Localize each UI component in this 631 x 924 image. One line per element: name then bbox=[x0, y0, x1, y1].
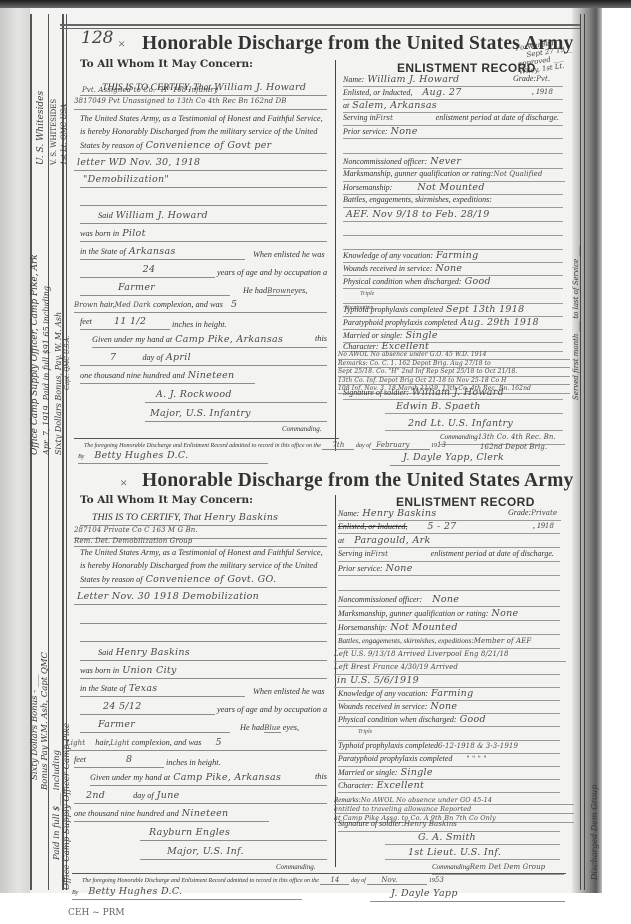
recorded-year: 13 bbox=[437, 441, 446, 449]
horsemanship-label: Horsemanship: bbox=[343, 183, 392, 192]
marksmanship-value: None bbox=[491, 608, 518, 619]
birth-state: Arkansas bbox=[129, 246, 176, 257]
enl-at-line: atParagould, Ark bbox=[338, 535, 560, 548]
enl-at-line: atSalem, Arkansas bbox=[343, 100, 563, 113]
enl-battles-label-line: Battles, engagements, skirmishes, expedi… bbox=[338, 636, 560, 649]
enl-grade: Private bbox=[531, 509, 557, 517]
top-rule bbox=[60, 28, 580, 29]
wounds-value: None bbox=[430, 701, 457, 712]
right-binding-edge bbox=[572, 8, 602, 893]
state-line: in the State ofArkansas bbox=[80, 246, 245, 260]
soldier-name: Henry Baskins bbox=[204, 512, 278, 523]
serving-label: Serving in bbox=[343, 113, 376, 122]
footer-text: The foregoing Honorable Discharge and En… bbox=[84, 443, 321, 449]
character-label: Character: bbox=[343, 342, 379, 351]
said-label: Said bbox=[98, 648, 113, 657]
height-inches: 8 bbox=[126, 754, 132, 765]
remarks-line: Sept 25/18. Co. "H" 2nd Inf Rep Sept 25/… bbox=[338, 368, 570, 377]
year-line: one thousand nine hundred andNineteen bbox=[74, 808, 269, 822]
occupation-line: Farmer bbox=[80, 719, 230, 733]
marksmanship-value: Not Qualified bbox=[493, 170, 542, 178]
enlisted-label: Enlisted, or Inducted, bbox=[343, 88, 412, 97]
signature-label: Signature of soldier: bbox=[338, 819, 404, 828]
enl-serving-line: Serving inFirstenlistment period at date… bbox=[343, 113, 563, 126]
top-rule bbox=[60, 24, 580, 26]
by-label: By bbox=[72, 890, 78, 896]
enl-grade-line: Grade:Pvt. bbox=[513, 74, 563, 87]
blank-line bbox=[338, 578, 560, 591]
recorded-month: Nov. bbox=[367, 876, 427, 885]
record-number: 128 bbox=[81, 28, 113, 48]
horsemanship-value: Not Mounted bbox=[417, 182, 484, 193]
reason-line: States by reason ofConvenience of Govt. … bbox=[80, 574, 327, 588]
check-mark: × bbox=[118, 36, 125, 52]
height-inches: 11 1/2 bbox=[114, 316, 146, 327]
birthplace-line: was born inPilot bbox=[80, 228, 327, 242]
commander-title: Major, U.S. Infantry bbox=[150, 408, 251, 419]
occupation: Farmer bbox=[118, 282, 155, 293]
reason-label: States by reason of bbox=[80, 575, 143, 584]
soldier-signature: William J. Howard bbox=[412, 387, 504, 398]
inches-label: inches in height. bbox=[166, 758, 221, 767]
paratyphoid-note: Vaccination bbox=[345, 305, 373, 311]
prior-label: Prior service: bbox=[343, 127, 388, 136]
enl-physical-line: Physical condition when discharged:Good bbox=[338, 714, 560, 727]
complexion: Light bbox=[110, 739, 129, 747]
age: 24 bbox=[143, 264, 156, 275]
enl-typhoid-line: Typhoid prophylaxis completedSept 13th 1… bbox=[343, 304, 563, 317]
paratyphoid-value: Aug. 29th 1918 bbox=[460, 317, 539, 328]
reason-line: States by reason ofConvenience of Govt p… bbox=[80, 140, 327, 154]
enlistment-record-heading: ENLISTMENT RECORD bbox=[397, 61, 536, 75]
complexion: Med Dark bbox=[115, 301, 151, 309]
signature-label: Signature of soldier: bbox=[343, 388, 409, 397]
enl-battles-line: AEF. Nov 9/18 to Feb. 28/19 bbox=[343, 209, 563, 222]
enl-knowledge-line: Knowledge of any vocation:Farming bbox=[338, 688, 560, 701]
blank-line bbox=[343, 223, 563, 236]
clerk-signature: J. Dayle Yapp bbox=[391, 888, 458, 899]
paratyphoid-label: Paratyphoid prophylaxis completed bbox=[338, 754, 452, 763]
margin-note: Office Camp Supply Officer, Camp Pike, A… bbox=[30, 254, 40, 455]
box-rule bbox=[72, 873, 566, 874]
serial-text: 3817049 Pvt Unassigned to 13th Co 4th Re… bbox=[74, 97, 287, 105]
enl-name-line: Name:Henry Baskins bbox=[338, 508, 508, 521]
commanding-label: Commanding bbox=[432, 863, 470, 871]
serial-line: 3817049 Pvt Unassigned to 13th Co 4th Re… bbox=[74, 96, 327, 110]
commanding-unit-2: 162nd Depot Brig. bbox=[480, 443, 547, 451]
recorded-by: Betty Hughes D.C. bbox=[88, 886, 182, 897]
enlisted-date: 5 - 27 bbox=[427, 521, 456, 532]
year-value: 18 bbox=[545, 522, 554, 530]
feet-label: feet bbox=[74, 755, 86, 764]
enlisted-at: Salem, Arkansas bbox=[352, 100, 437, 111]
margin-note: Discharged Dem Group bbox=[590, 785, 599, 880]
eyes-field: He hadBlue eyes, bbox=[240, 723, 299, 732]
remarks-line: No AWOL No absence under G.O. 45 W.D. 19… bbox=[338, 351, 570, 360]
paratyphoid-label: Paratyphoid prophylaxis completed bbox=[343, 318, 457, 327]
typhoid-value: Sept 13th 1918 bbox=[446, 304, 524, 315]
enl-knowledge-line: Knowledge of any vocation:Farming bbox=[343, 250, 563, 263]
horsemanship-value: Not Mounted bbox=[390, 622, 457, 633]
birthplace-line: was born inUnion City bbox=[80, 665, 327, 679]
discharge-reason-cont: letter WD Nov. 30, 1918 bbox=[77, 157, 200, 168]
battles-inline: Member of AEF bbox=[474, 637, 532, 645]
enl-battles-line: in U.S. 5/6/1919 bbox=[334, 675, 560, 688]
battles-label: Battles, engagements, skirmishes, expedi… bbox=[343, 195, 492, 204]
assignment-text: Pvt. Assigned to Co. "H" 108 Infantry bbox=[82, 86, 218, 94]
remarks-line: 13th Co. Inf. Depot Brig Oct 21-18 to No… bbox=[338, 377, 570, 386]
nco-value: None bbox=[432, 594, 459, 605]
remarks-text: No AWOL No absence under GO 45-14 bbox=[361, 796, 492, 804]
serving-suffix: enlistment period at date of discharge. bbox=[431, 549, 554, 558]
enl-horsemanship-line: Horsemanship:Not Mounted bbox=[343, 182, 563, 195]
soldier-signature: Henry Baskins bbox=[404, 820, 457, 828]
margin-note: Capt. QMC U.S.A. bbox=[64, 336, 71, 390]
nco-value: Never bbox=[430, 156, 461, 167]
grade-label: Grade: bbox=[513, 74, 536, 83]
horsemanship-label: Horsemanship: bbox=[338, 623, 387, 632]
enl-date-line: Enlisted, or Inducted,Aug. 27, 1918 bbox=[343, 87, 563, 100]
certify-label: THIS IS TO CERTIFY, That bbox=[92, 512, 201, 523]
typhoid-value: 6-12-1918 & 3-3-1919 bbox=[438, 742, 518, 750]
title-right: the United States Army bbox=[375, 470, 574, 491]
officer-title-line: 2nd Lt. U.S. Infantry bbox=[385, 418, 563, 431]
scan-top-edge bbox=[0, 0, 631, 8]
enlisted-at: Paragould, Ark bbox=[354, 535, 430, 546]
enl-wounds-line: Wounds received in service:None bbox=[338, 701, 560, 714]
knowledge-value: Farming bbox=[431, 688, 474, 699]
salutation: To All Whom It May Concern: bbox=[80, 58, 253, 70]
enlisted-label: Enlisted, or Inducted, bbox=[338, 522, 407, 531]
margin-note: 1st Lt. QMC USA bbox=[60, 104, 68, 165]
day-label: day of bbox=[142, 353, 163, 362]
enlisted-age-label: When enlisted he was bbox=[253, 250, 325, 259]
birth-state: Texas bbox=[129, 683, 158, 694]
title-left: Honorable Discharge from bbox=[142, 33, 370, 54]
day-line: 2ndday ofJune bbox=[74, 790, 327, 804]
feet-label: feet bbox=[80, 317, 92, 326]
enlisted-age-label: When enlisted he was bbox=[253, 687, 325, 696]
enl-grade-line: Grade:Private bbox=[508, 508, 561, 521]
given-month: June bbox=[157, 790, 180, 801]
soldier-name: William J. Howard bbox=[214, 82, 306, 93]
day-label: day of bbox=[133, 791, 154, 800]
margin-rule bbox=[580, 14, 581, 890]
discharge-reason: Convenience of Govt. GO. bbox=[146, 574, 277, 585]
eyes-label: He had bbox=[240, 723, 264, 732]
enl-marksmanship-line: Marksmanship, gunner qualification or ra… bbox=[338, 608, 560, 621]
testimonial-text: is hereby Honorably Discharged from the … bbox=[80, 561, 317, 570]
given-at-line: Given under my hand atCamp Pike, Arkansa… bbox=[90, 772, 327, 786]
this-label: this bbox=[315, 772, 327, 781]
eye-color: Brown bbox=[267, 287, 291, 296]
testimonial-text: The United States Army, as a Testimonial… bbox=[80, 548, 323, 557]
serving-suffix: enlistment period at date of discharge. bbox=[436, 113, 559, 122]
discharge-reason-cont: Letter Nov. 30 1918 Demobilization bbox=[77, 591, 259, 602]
officer-signature: Edwin B. Spaeth bbox=[396, 401, 481, 412]
name-label: Name: bbox=[343, 75, 364, 84]
said-label: Said bbox=[98, 211, 113, 220]
enlisted-year: , 1918 bbox=[533, 521, 554, 530]
battles-value: in U.S. 5/6/1919 bbox=[337, 675, 419, 686]
enl-paratyphoid-line: Paratyphoid prophylaxis completedAug. 29… bbox=[343, 317, 563, 330]
given-day: 2nd bbox=[86, 790, 105, 801]
knowledge-label: Knowledge of any vocation: bbox=[343, 251, 433, 260]
enl-married-line: Married or single:Single bbox=[338, 767, 560, 780]
enlisted-date: Aug. 27 bbox=[422, 87, 461, 98]
physical-label: Physical condition when discharged: bbox=[343, 277, 462, 286]
physical-label: Physical condition when discharged: bbox=[338, 715, 457, 724]
marksmanship-label: Marksmanship, gunner qualification or ra… bbox=[338, 609, 488, 618]
margin-note: Sixty Dollars Bonus - ___ bbox=[30, 674, 40, 780]
commander-title-line: Major, U.S. Infantry bbox=[145, 408, 327, 422]
wounds-label: Wounds received in service: bbox=[343, 264, 432, 273]
year-prefix: , 19 bbox=[532, 87, 544, 96]
battles-value: Left U.S. 9/13/18 Arrived Liverpool Eng … bbox=[334, 650, 509, 658]
discharge-reason-cont: "Demobilization" bbox=[83, 174, 169, 185]
commanding-unit: 13th Co. 4th Rec. Bn. bbox=[478, 433, 556, 441]
reason-cont-line: letter WD Nov. 30, 1918 bbox=[74, 157, 327, 171]
year-label: one thousand nine hundred and bbox=[74, 809, 179, 818]
given-at: Camp Pike, Arkansas bbox=[173, 772, 281, 783]
enl-prior-line: Prior service:None bbox=[343, 126, 563, 139]
remarks-line: Remarks: Co. C. 1. 162 Depot Brig. Aug 2… bbox=[338, 360, 570, 369]
marksmanship-label: Marksmanship, gunner qualification or ra… bbox=[343, 169, 493, 178]
eye-color: Blue bbox=[264, 724, 280, 733]
assignment-note: Pvt. Assigned to Co. "H" 108 Infantry bbox=[82, 86, 218, 94]
complexion-label: complexion, and was bbox=[132, 738, 202, 747]
serving-period: First bbox=[371, 550, 431, 558]
recorded-day: 7th bbox=[322, 441, 354, 450]
hair-label: hair, bbox=[95, 738, 110, 747]
assignment-line: Rem. Det. Demobilization Group bbox=[74, 536, 327, 547]
blank-line bbox=[80, 610, 327, 624]
hair-complexion-line: Light hair,Light complexion, and was 5 bbox=[66, 737, 327, 751]
prior-label: Prior service: bbox=[338, 564, 383, 573]
enl-date-line: Enlisted, or Inducted,5 - 27, 1918 bbox=[338, 521, 560, 534]
commander-signature-line: Rayburn Engles bbox=[140, 827, 327, 841]
recorded-footer: The foregoing Honorable Discharge and En… bbox=[82, 876, 444, 884]
age-line: 24 5/12 bbox=[80, 701, 215, 715]
certificate-title: Honorable Discharge from the United Stat… bbox=[142, 33, 574, 55]
commanding-label: Commanding. bbox=[276, 863, 315, 871]
enl-battles-line: Left U.S. 9/13/18 Arrived Liverpool Eng … bbox=[334, 649, 566, 662]
year-label: one thousand nine hundred and bbox=[80, 371, 185, 380]
enl-typhoid-line: Typhoid prophylaxis completed6-12-1918 &… bbox=[338, 741, 560, 754]
given-day: 7 bbox=[110, 352, 116, 363]
enlisted-year: , 1918 bbox=[532, 87, 553, 96]
height-feet: 5 bbox=[215, 737, 221, 748]
physical-value: Good bbox=[465, 276, 491, 287]
height-line: feet11 1/2 bbox=[80, 316, 170, 330]
enl-signature-line: Signature of soldier:William J. Howard bbox=[343, 387, 563, 400]
title-right: the United States Army bbox=[375, 33, 574, 54]
officer-signature-line: G. A. Smith bbox=[385, 832, 560, 845]
birthplace: Union City bbox=[122, 665, 177, 676]
blank-line bbox=[80, 628, 327, 642]
box-rule bbox=[74, 438, 339, 439]
commander-title-line: Major, U.S. Inf. bbox=[140, 846, 327, 860]
margin-note: Apr. 7, 1919. Paid in full $91.65 includ… bbox=[42, 286, 51, 455]
occupation-line: Farmer bbox=[80, 282, 230, 296]
enl-nco-line: Noncommissioned officer:Never bbox=[343, 156, 563, 169]
birthplace: Pilot bbox=[122, 228, 146, 239]
left-binding-strip bbox=[0, 8, 30, 893]
typhoid-note: Triple bbox=[360, 291, 374, 297]
enl-nco-line: Noncommissioned officer:None bbox=[338, 594, 560, 607]
born-label: was born in bbox=[80, 229, 119, 238]
clerk-line: J. Dayle Yapp, Clerk bbox=[390, 452, 560, 466]
enl-signature-line: Signature of soldier:Henry Baskins bbox=[338, 819, 560, 832]
officer-title: 1st Lieut. U.S. Inf. bbox=[408, 847, 501, 858]
certificate-title: Honorable Discharge from the United Stat… bbox=[142, 470, 574, 492]
married-value: Single bbox=[406, 330, 438, 341]
image-credit: CEH ~ PRM bbox=[68, 908, 125, 918]
by-label: By bbox=[78, 454, 84, 460]
age-suffix: years of age and by occupation a bbox=[217, 705, 327, 714]
knowledge-value: Farming bbox=[436, 250, 479, 261]
hair-label: hair, bbox=[100, 300, 115, 309]
enl-paratyphoid-line: Paratyphoid prophylaxis completed" " " " bbox=[338, 754, 560, 767]
given-label: Given under my hand at bbox=[92, 335, 172, 344]
at-label: at bbox=[338, 536, 344, 545]
title-left: Honorable Discharge from bbox=[142, 470, 370, 491]
given-year: Nineteen bbox=[182, 808, 229, 819]
inches-label: inches in height. bbox=[172, 320, 227, 329]
reason-cont-line: "Demobilization" bbox=[80, 174, 327, 188]
reason-label: States by reason of bbox=[80, 141, 143, 150]
occupation: Farmer bbox=[98, 719, 135, 730]
married-label: Married or single: bbox=[343, 331, 403, 340]
testimonial-text: is hereby Honorably Discharged from the … bbox=[80, 127, 317, 136]
remarks-line: Remarks:No AWOL No absence under GO 45-1… bbox=[334, 794, 574, 805]
said-line: SaidWilliam J. Howard bbox=[80, 210, 327, 224]
day-line: 7day ofApril bbox=[80, 352, 327, 366]
character-label: Character: bbox=[338, 781, 374, 790]
discharge-reason: Convenience of Govt per bbox=[146, 140, 272, 151]
enl-name: Henry Baskins bbox=[362, 508, 436, 519]
salutation: To All Whom It May Concern: bbox=[80, 494, 253, 506]
eyes-suffix: eyes, bbox=[291, 286, 307, 295]
enl-name-line: Name:William J. Howard bbox=[343, 74, 513, 87]
commanding-label: Commanding bbox=[440, 433, 478, 441]
recorded-by-line: ByBetty Hughes D.C. bbox=[72, 886, 302, 900]
recorded-day: 14 bbox=[320, 876, 349, 885]
commander-signature-line: A. J. Rockwood bbox=[145, 389, 327, 403]
born-label: was born in bbox=[80, 666, 119, 675]
age: 24 5/12 bbox=[103, 701, 142, 712]
clerk-line: J. Dayle Yapp bbox=[370, 888, 565, 902]
given-month: April bbox=[166, 352, 191, 363]
recorded-year: 53 bbox=[435, 876, 444, 884]
year-value: 18 bbox=[544, 88, 553, 96]
state-label: in the State of bbox=[80, 684, 126, 693]
margin-note: Paid in full $___ including bbox=[52, 750, 62, 860]
typhoid-note: Triple bbox=[358, 729, 372, 735]
enl-serving-line: Serving inFirstenlistment period at date… bbox=[338, 549, 560, 562]
nco-label: Noncommissioned officer: bbox=[338, 595, 422, 604]
recorded-by-line: ByBetty Hughes D.C. bbox=[78, 450, 268, 464]
commander-signature: A. J. Rockwood bbox=[156, 389, 232, 400]
hair-color: Light bbox=[66, 739, 85, 747]
said-name: William J. Howard bbox=[116, 210, 208, 221]
officer-signature: G. A. Smith bbox=[418, 832, 476, 843]
hair-complexion-line: Brown hair,Med Dark complexion, and was … bbox=[74, 299, 327, 313]
state-line: in the State ofTexas bbox=[80, 683, 245, 697]
margin-note: U. S. Whitesides bbox=[36, 91, 46, 165]
recorded-day-label: day of bbox=[351, 878, 366, 884]
battles-value: AEF. Nov 9/18 to Feb. 28/19 bbox=[346, 209, 490, 220]
married-label: Married or single: bbox=[338, 768, 398, 777]
nco-label: Noncommissioned officer: bbox=[343, 157, 427, 166]
paratyphoid-value: " " " " bbox=[466, 755, 486, 763]
commanding-label: Commanding. bbox=[282, 425, 321, 433]
married-value: Single bbox=[401, 767, 433, 778]
wounds-label: Wounds received in service: bbox=[338, 702, 427, 711]
remarks-label: Remarks: bbox=[334, 796, 361, 804]
certify-line: THIS IS TO CERTIFY, ThatHenry Baskins bbox=[80, 512, 327, 526]
blank-line bbox=[80, 192, 327, 206]
margin-rule bbox=[584, 14, 585, 890]
blank-line bbox=[343, 291, 563, 304]
reason-cont-line: Letter Nov. 30 1918 Demobilization bbox=[74, 591, 327, 605]
enl-wounds-line: Wounds received in service:None bbox=[343, 263, 563, 276]
battles-label: Battles, engagements, skirmishes, expedi… bbox=[338, 636, 474, 645]
given-at-line: Given under my hand atCamp Pike, Arkansa… bbox=[92, 334, 327, 348]
year-line: one thousand nine hundred andNineteen bbox=[80, 370, 255, 384]
enl-name: William J. Howard bbox=[367, 74, 459, 85]
enl-battles-line: Left Brest France 4/30/19 Arrived bbox=[334, 662, 560, 675]
testimonial-text: The United States Army, as a Testimonial… bbox=[80, 114, 323, 123]
eyes-label: He had bbox=[243, 286, 267, 295]
said-line: SaidHenry Baskins bbox=[80, 647, 327, 661]
state-label: in the State of bbox=[80, 247, 126, 256]
recorded-by: Betty Hughes D.C. bbox=[94, 450, 188, 461]
height-feet: 5 bbox=[231, 299, 237, 310]
blank-line bbox=[343, 141, 563, 154]
officer-title-line: 1st Lieut. U.S. Inf. bbox=[385, 847, 560, 860]
blank-line bbox=[343, 237, 563, 250]
commanding-unit: Rem Det Dem Group bbox=[470, 863, 546, 871]
enl-grade: Pvt. bbox=[536, 75, 550, 83]
said-name: Henry Baskins bbox=[116, 647, 190, 658]
enl-horsemanship-line: Horsemanship:Not Mounted bbox=[338, 622, 560, 635]
eyes-field: He hadBrowneyes, bbox=[243, 286, 307, 295]
enl-physical-line: Physical condition when discharged:Good bbox=[343, 276, 563, 289]
column-divider bbox=[335, 60, 336, 451]
hair-color: Brown bbox=[74, 301, 98, 309]
clerk-signature: J. Dayle Yapp, Clerk bbox=[403, 452, 504, 463]
serving-label: Serving in bbox=[338, 549, 371, 558]
recorded-month: February bbox=[372, 441, 429, 450]
enl-marksmanship-line: Marksmanship, gunner qualification or ra… bbox=[343, 169, 565, 182]
commanding-unit-2-text: 162nd Depot Brig. bbox=[480, 443, 547, 451]
recorded-day-label: day of bbox=[356, 443, 371, 449]
officer-signature-line: Edwin B. Spaeth bbox=[385, 401, 563, 414]
given-label: Given under my hand at bbox=[90, 773, 170, 782]
prior-service: None bbox=[391, 126, 418, 137]
battles-value: Left Brest France 4/30/19 Arrived bbox=[334, 663, 458, 671]
character-value: Excellent bbox=[377, 780, 425, 791]
remarks-line: entitled to traveling allowance Reported bbox=[334, 805, 574, 814]
physical-value: Good bbox=[460, 714, 486, 725]
assignment-text: Rem. Det. Demobilization Group bbox=[74, 537, 192, 545]
margin-note: V. S. WHITESIDES bbox=[50, 99, 58, 165]
knowledge-label: Knowledge of any vocation: bbox=[338, 689, 428, 698]
age-suffix: years of age and by occupation a bbox=[217, 268, 327, 277]
this-label: this bbox=[315, 334, 327, 343]
given-year: Nineteen bbox=[188, 370, 235, 381]
